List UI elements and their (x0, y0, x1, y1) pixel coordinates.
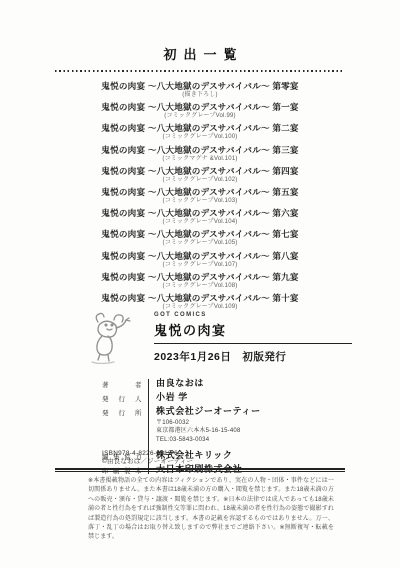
entry-source: (描き下ろし) (0, 92, 400, 99)
entry-source: (コミックグレープVol.108) (0, 283, 400, 290)
entry-title: 鬼悦の肉宴 〜八大地獄のデスサバイバル〜 第二宴 (0, 123, 400, 133)
credit-row: 著 者由良なおは (102, 378, 352, 389)
entry-title: 鬼悦の肉宴 〜八大地獄のデスサバイバル〜 第五宴 (0, 187, 400, 197)
list-item: 鬼悦の肉宴 〜八大地獄のデスサバイバル〜 第零宴(描き下ろし) (0, 81, 400, 99)
entry-source: (コミックグレープVol.104) (0, 219, 400, 226)
section-heading: 初出一覧 (0, 44, 400, 63)
entry-title: 鬼悦の肉宴 〜八大地獄のデスサバイバル〜 第九宴 (0, 272, 400, 282)
credit-extra-line: 〒106-0032 (102, 420, 352, 427)
entry-title: 鬼悦の肉宴 〜八大地獄のデスサバイバル〜 第四宴 (0, 166, 400, 176)
entry-title: 鬼悦の肉宴 〜八大地獄のデスサバイバル〜 第一宴 (0, 102, 400, 112)
dotted-divider (55, 70, 345, 72)
entry-title: 鬼悦の肉宴 〜八大地獄のデスサバイバル〜 第七宴 (0, 229, 400, 239)
isbn-number: ISBN978-4-8226-0412-6 (102, 450, 193, 458)
entry-source: (コミックグレープVol.100) (0, 134, 400, 141)
isbn-block: ISBN978-4-8226-0412-6 ©由良なおは／ジーオーティー (102, 450, 193, 466)
credit-row: 発行人小岩 学 (102, 392, 352, 403)
list-item: 鬼悦の肉宴 〜八大地獄のデスサバイバル〜 第九宴(コミックグレープVol.108… (0, 272, 400, 290)
bottom-divider (55, 468, 345, 472)
credit-label: 著 者 (102, 378, 142, 389)
list-item: 鬼悦の肉宴 〜八大地獄のデスサバイバル〜 第四宴(コミックグレープVol.102… (0, 166, 400, 184)
entry-source: (コミックグレープVol.99) (0, 113, 400, 120)
colophon-page: 初出一覧 鬼悦の肉宴 〜八大地獄のデスサバイバル〜 第零宴(描き下ろし)鬼悦の肉… (0, 0, 400, 568)
list-item: 鬼悦の肉宴 〜八大地獄のデスサバイバル〜 第八宴(コミックグレープVol.107… (0, 251, 400, 269)
list-item: 鬼悦の肉宴 〜八大地獄のデスサバイバル〜 第十宴(コミックグレープVol.109… (0, 293, 400, 311)
list-item: 鬼悦の肉宴 〜八大地獄のデスサバイバル〜 第七宴(コミックグレープVol.105… (0, 229, 400, 247)
list-item: 鬼悦の肉宴 〜八大地獄のデスサバイバル〜 第二宴(コミックグレープVol.100… (0, 123, 400, 141)
entry-source: (コミックグレープVol.105) (0, 240, 400, 247)
credit-extra-line: TEL:03-5843-0034 (102, 437, 352, 444)
credit-label: 発行人 (102, 392, 142, 403)
credit-label: 発行所 (102, 406, 142, 417)
list-item: 鬼悦の肉宴 〜八大地獄のデスサバイバル〜 第六宴(コミックグレープVol.104… (0, 208, 400, 226)
list-item: 鬼悦の肉宴 〜八大地獄のデスサバイバル〜 第一宴(コミックグレープVol.99) (0, 102, 400, 120)
legal-disclaimer: ※本書掲載物語の全ての内容はフィクションであり、実在の人物・団体・事件などには一… (88, 477, 334, 543)
imprint-label: GOT COMICS (154, 312, 352, 318)
entry-title: 鬼悦の肉宴 〜八大地獄のデスサバイバル〜 第八宴 (0, 251, 400, 261)
credit-row: 発行所株式会社ジーオーティー (102, 406, 352, 417)
copyright-line: ©由良なおは／ジーオーティー (102, 458, 193, 466)
entry-source: (コミックグレープVol.109) (0, 304, 400, 311)
entry-source: (コミックグレープVol.102) (0, 177, 400, 184)
first-publication-section: 初出一覧 鬼悦の肉宴 〜八大地獄のデスサバイバル〜 第零宴(描き下ろし)鬼悦の肉… (0, 0, 400, 311)
list-item: 鬼悦の肉宴 〜八大地獄のデスサバイバル〜 第三宴(コミックマグナ &Vol.10… (0, 145, 400, 163)
title-block: GOT COMICS 鬼悦の肉宴 2023年1月26日 初版発行 (154, 312, 352, 364)
entry-source: (コミックグレープVol.103) (0, 198, 400, 205)
entry-source: (コミックグレープVol.107) (0, 262, 400, 269)
credit-value: 由良なおは (142, 378, 204, 389)
book-title: 鬼悦の肉宴 (154, 320, 352, 344)
entry-title: 鬼悦の肉宴 〜八大地獄のデスサバイバル〜 第零宴 (0, 81, 400, 91)
credit-value: 株式会社ジーオーティー (142, 406, 261, 417)
entry-title: 鬼悦の肉宴 〜八大地獄のデスサバイバル〜 第六宴 (0, 208, 400, 218)
entry-source: (コミックマグナ &Vol.101) (0, 156, 400, 163)
entry-title: 鬼悦の肉宴 〜八大地獄のデスサバイバル〜 第十宴 (0, 293, 400, 303)
edition-date: 2023年1月26日 初版発行 (154, 349, 352, 364)
first-publication-list: 鬼悦の肉宴 〜八大地獄のデスサバイバル〜 第零宴(描き下ろし)鬼悦の肉宴 〜八大… (0, 81, 400, 311)
list-item: 鬼悦の肉宴 〜八大地獄のデスサバイバル〜 第五宴(コミックグレープVol.103… (0, 187, 400, 205)
got-comics-mascot-icon (84, 312, 134, 364)
entry-title: 鬼悦の肉宴 〜八大地獄のデスサバイバル〜 第三宴 (0, 145, 400, 155)
credit-extra-line: 東京都港区六本木5-16-15-408 (102, 428, 352, 435)
colophon-header: GOT COMICS 鬼悦の肉宴 2023年1月26日 初版発行 (84, 312, 352, 364)
